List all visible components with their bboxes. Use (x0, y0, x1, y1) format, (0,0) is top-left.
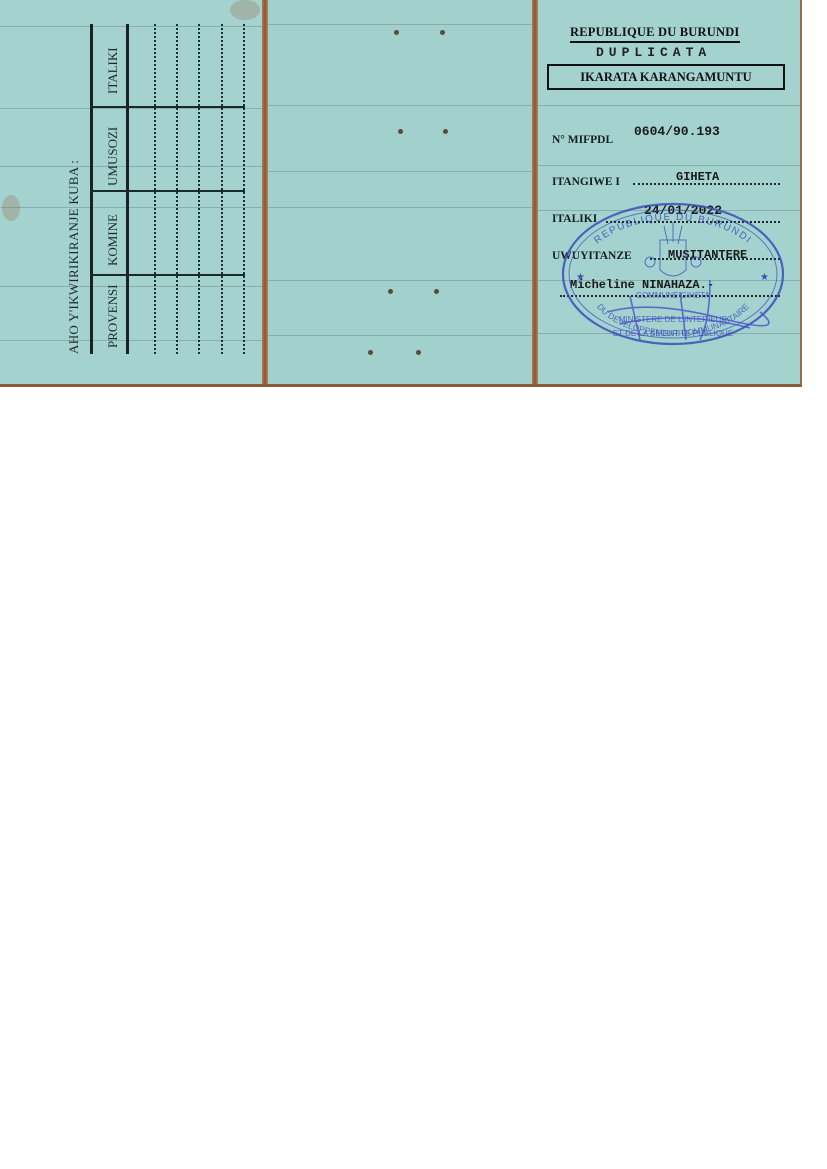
staple-hole (443, 129, 448, 134)
svg-text:ET DE LA SECURITE PUBLIQUE: ET DE LA SECURITE PUBLIQUE (613, 329, 733, 338)
residence-history-title: AHO Y'IKWIRIKIRANJE KUBA : (66, 160, 82, 354)
staple-hole (368, 350, 373, 355)
table-border (126, 24, 129, 354)
rotated-table: AHO Y'IKWIRIKIRANJE KUBA : PROVENSI KOMI… (0, 0, 262, 384)
column-header-italiki: ITALIKI (105, 47, 121, 94)
official-stamp-icon: REPUBLIQUE DU BURUNDI DU DEVELOPPEMENT C… (560, 200, 786, 348)
table-border (90, 24, 93, 354)
duplicate-label: DUPLICATA (596, 45, 711, 60)
svg-text:★: ★ (760, 272, 769, 283)
staple-hole (398, 129, 403, 134)
column-header-umusozi: UMUSOZI (105, 127, 121, 186)
id-card-scan: AHO Y'IKWIRIKIRANJE KUBA : PROVENSI KOMI… (0, 0, 802, 387)
right-panel-identity: REPUBLIQUE DU BURUNDI DUPLICATA IKARATA … (538, 0, 800, 384)
staple-hole (388, 289, 393, 294)
field-label-number: N° MIFPDL (552, 134, 613, 146)
card-title: IKARATA KARANGAMUNTU (580, 70, 751, 85)
card-title-box: IKARATA KARANGAMUNTU (547, 64, 785, 90)
staple-hole (394, 30, 399, 35)
column-header-komine: KOMINE (105, 214, 121, 266)
svg-text:COMMUNE GIHETA: COMMUNE GIHETA (636, 291, 710, 300)
staple-hole (440, 30, 445, 35)
svg-text:★: ★ (576, 272, 585, 283)
staple-hole (416, 350, 421, 355)
middle-panel-blank (268, 0, 532, 384)
staple-hole (434, 289, 439, 294)
country-heading: REPUBLIQUE DU BURUNDI (570, 25, 740, 43)
left-panel-address-table: AHO Y'IKWIRIKIRANJE KUBA : PROVENSI KOMI… (0, 0, 262, 384)
field-label-issued-at: ITANGIWE I (552, 176, 620, 188)
column-header-provensi: PROVENSI (105, 284, 121, 348)
field-value-issued-at: GIHETA (676, 170, 719, 184)
field-value-number: 0604/90.193 (634, 124, 720, 139)
